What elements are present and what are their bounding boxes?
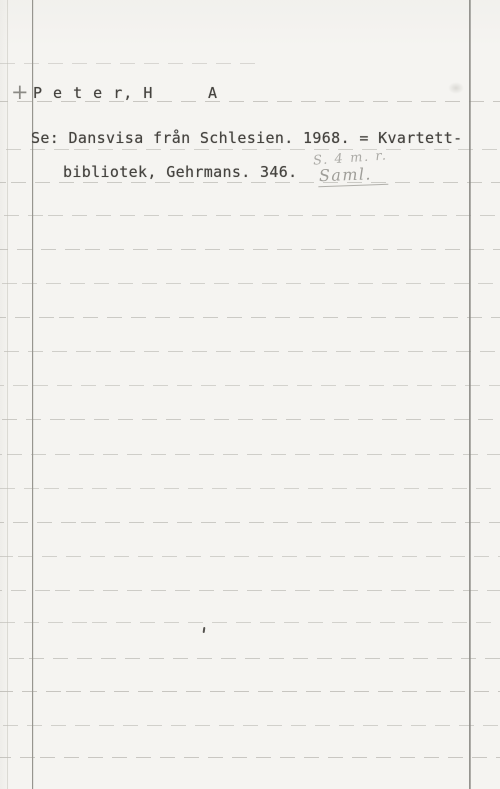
ruled-line xyxy=(0,454,500,455)
ruled-line xyxy=(0,522,500,523)
ruled-line xyxy=(0,757,500,758)
ruled-line xyxy=(0,419,500,420)
ink-speck xyxy=(203,627,206,633)
ruled-line xyxy=(0,556,500,557)
ruled-line xyxy=(0,691,500,692)
ruled-line xyxy=(0,351,500,352)
ruled-line xyxy=(0,622,500,623)
ruled-line xyxy=(0,317,500,318)
right-margin-line xyxy=(469,0,471,789)
reference-line-1: Se: Dansvisa från Schlesien. 1968. = Kva… xyxy=(31,130,463,146)
ruled-line xyxy=(0,283,500,284)
ruled-line xyxy=(0,385,500,386)
ruled-line xyxy=(0,590,500,591)
ruled-line xyxy=(0,725,500,726)
paper-smudge xyxy=(448,82,464,94)
ruled-line xyxy=(0,63,260,64)
reference-line-2: bibliotek, Gehrmans. 346. xyxy=(63,164,298,180)
left-margin-line xyxy=(32,0,33,789)
ruled-line xyxy=(0,658,500,659)
plus-mark: + xyxy=(11,81,33,103)
heading-filing-initial: A xyxy=(208,85,217,101)
ruled-line xyxy=(0,182,500,183)
ruled-line xyxy=(0,149,500,150)
card-left-edge-line xyxy=(7,0,8,789)
ruled-line xyxy=(0,249,500,250)
ruled-line xyxy=(0,215,500,216)
pencil-collection-note: Saml. xyxy=(318,164,389,187)
heading-name: P e t e r, H xyxy=(33,85,153,101)
library-catalog-card: + P e t e r, H A Se: Dansvisa från Schle… xyxy=(0,0,500,789)
ruled-line xyxy=(0,488,500,489)
